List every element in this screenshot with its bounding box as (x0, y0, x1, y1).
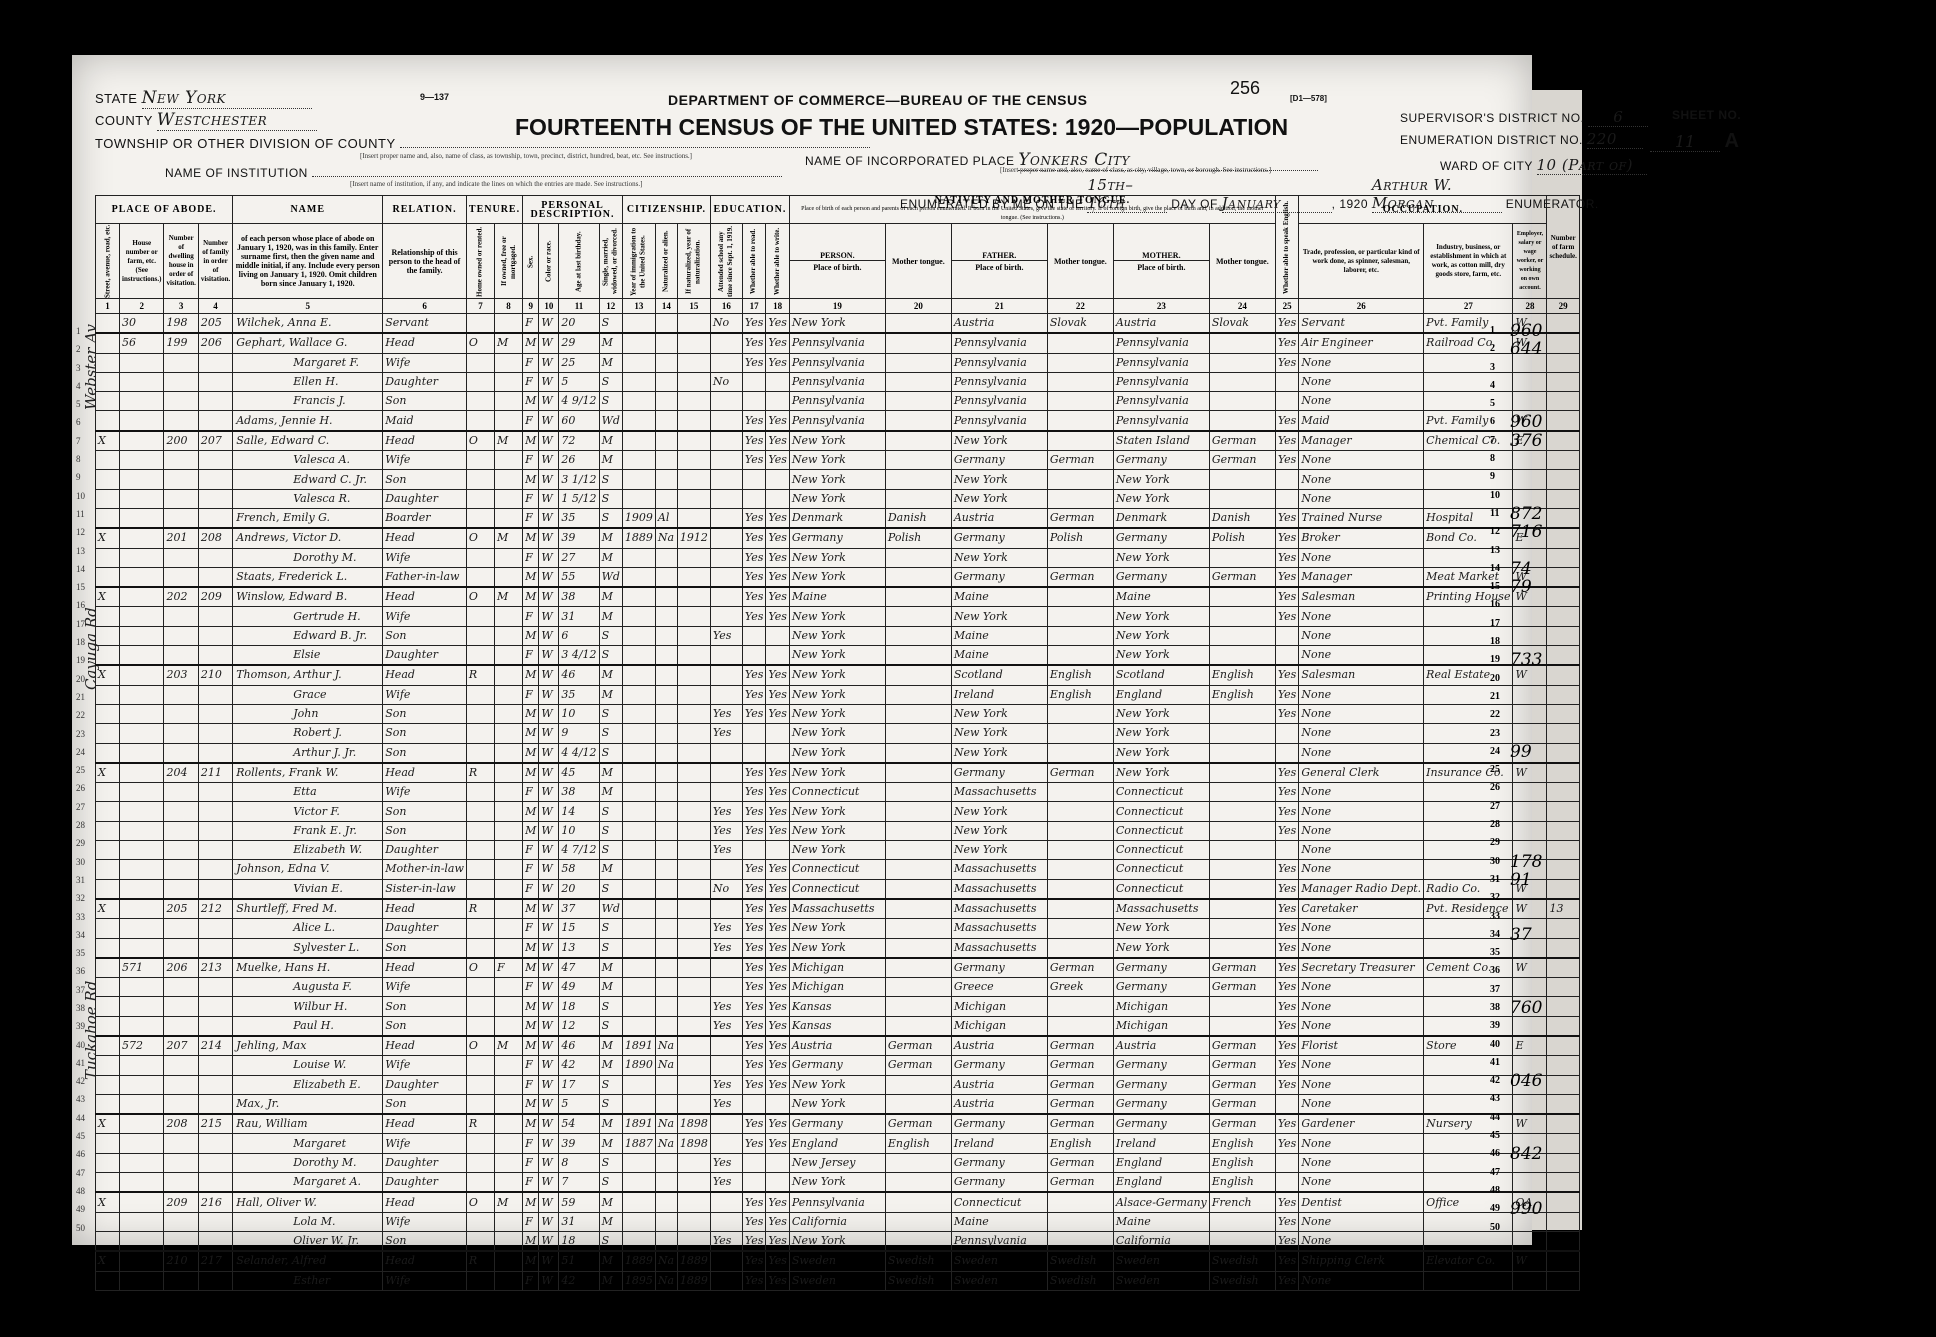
cell-trade: None (1299, 372, 1424, 391)
cell-natyr (677, 607, 710, 626)
cell-mt: Swedish (885, 1251, 951, 1271)
cell-nat (655, 841, 677, 860)
cell-house (120, 1075, 164, 1094)
cell-house (120, 938, 164, 958)
cell-mpob: New York (1113, 763, 1209, 783)
cell-home (466, 1075, 494, 1094)
cell-race: W (539, 626, 559, 645)
cell-fpob: New York (951, 802, 1047, 821)
supervisor-label: SUPERVISOR'S DISTRICT NO. (1400, 111, 1584, 125)
cell-relation: Daughter (383, 1075, 467, 1094)
cell-house (120, 1271, 164, 1290)
census-row: 571206213Muelke, Hans H.HeadOFMW47MYesYe… (96, 958, 1580, 978)
cell-immig (622, 802, 655, 821)
cell-marital: M (599, 1056, 622, 1075)
cell-race: W (539, 860, 559, 879)
cell-natyr (677, 802, 710, 821)
cell-mmt (1209, 626, 1275, 645)
line-number: 44 (76, 1109, 94, 1127)
cell-street: X (96, 587, 120, 607)
cell-dwelling (164, 1056, 198, 1075)
cell-relation: Wife (383, 1212, 467, 1231)
cell-race: W (539, 1173, 559, 1193)
cell-immig (622, 372, 655, 391)
col-14-header: Naturalized or alien. (655, 224, 677, 299)
cell-farm (1547, 997, 1579, 1016)
cell-age: 12 (559, 1016, 599, 1036)
cell-dwelling (164, 860, 198, 879)
occupation-code (1510, 1090, 1550, 1108)
line-number: 6 (76, 413, 94, 431)
cell-school (710, 1036, 742, 1056)
cell-name: Alice L. (233, 919, 383, 938)
cell-family (198, 1212, 232, 1231)
cell-name: Margaret F. (233, 353, 383, 372)
cell-name: Esther (233, 1271, 383, 1290)
cell-immig: 1895 (622, 1271, 655, 1290)
cell-marital: M (599, 1192, 622, 1212)
cell-relation: Head (383, 1192, 467, 1212)
cell-owned (495, 821, 523, 840)
cell-natyr (677, 567, 710, 587)
line-number: 45 (76, 1127, 94, 1145)
cell-immig (622, 958, 655, 978)
cell-family (198, 567, 232, 587)
census-row: Max, Jr.SonMW5SYesNew YorkAustriaGermanG… (96, 1094, 1580, 1114)
cell-home: R (466, 899, 494, 919)
cell-street (96, 314, 120, 334)
cell-farm (1547, 1056, 1579, 1075)
cell-farm (1547, 1231, 1579, 1251)
cell-mpob: California (1113, 1231, 1209, 1251)
cell-natyr (677, 431, 710, 451)
cell-trade: Salesman (1299, 587, 1424, 607)
cell-age: 35 (559, 508, 599, 528)
cell-street: X (96, 1251, 120, 1271)
census-row: Elizabeth W.DaughterFW4 7/12SYesNew York… (96, 841, 1580, 860)
cell-natyr (677, 821, 710, 840)
cell-mpob: Pennsylvania (1113, 333, 1209, 353)
cell-fmt (1047, 879, 1113, 899)
cell-sex: M (523, 763, 539, 783)
occupation-code (1510, 908, 1550, 926)
cell-race: W (539, 938, 559, 958)
cell-immig (622, 1212, 655, 1231)
cell-street: X (96, 1114, 120, 1134)
col-23-header: MOTHER. Place of birth. (1113, 224, 1209, 299)
cell-fmt (1047, 1192, 1113, 1212)
cell-owned (495, 1075, 523, 1094)
cell-owned: M (495, 587, 523, 607)
cell-trade: None (1299, 685, 1424, 704)
cell-immig: 1891 (622, 1036, 655, 1056)
line-number: 1 (76, 322, 94, 340)
cell-home (466, 783, 494, 802)
cell-name: Andrews, Victor D. (233, 528, 383, 548)
group-tenure: TENURE. (466, 196, 522, 224)
cell-race: W (539, 1016, 559, 1036)
cell-name: Shurtleff, Fred M. (233, 899, 383, 919)
cell-dwelling (164, 997, 198, 1016)
cell-name: Louise W. (233, 1056, 383, 1075)
cell-immig (622, 1016, 655, 1036)
cell-relation: Head (383, 763, 467, 783)
census-row: Margaret F.WifeFW25MYesYesPennsylvaniaPe… (96, 353, 1580, 372)
census-row: EstherWifeFW42M1895Na1889YesYesSwedenSwe… (96, 1271, 1580, 1290)
cell-age: 55 (559, 567, 599, 587)
cell-write: Yes (766, 879, 789, 899)
occupation-code (1510, 542, 1550, 560)
cell-immig (622, 938, 655, 958)
cell-nat (655, 958, 677, 978)
cell-trade: None (1299, 802, 1424, 821)
cell-street (96, 1094, 120, 1114)
cell-mt (885, 548, 951, 567)
cell-immig (622, 899, 655, 919)
cell-farm (1547, 587, 1579, 607)
cell-school: Yes (710, 938, 742, 958)
cell-house: 572 (120, 1036, 164, 1056)
occupation-code (1510, 779, 1550, 797)
census-row: Edward C. Jr.SonMW3 1/12SNew YorkNew Yor… (96, 470, 1580, 489)
cell-sex: M (523, 1114, 539, 1134)
cell-write: Yes (766, 587, 789, 607)
cell-marital: M (599, 860, 622, 879)
line-number: 46 (76, 1145, 94, 1163)
cell-sex: M (523, 821, 539, 840)
cell-nat (655, 411, 677, 431)
cell-age: 31 (559, 607, 599, 626)
cell-immig (622, 431, 655, 451)
cell-write (766, 392, 789, 411)
cell-farm (1547, 431, 1579, 451)
occupation-code (1510, 706, 1550, 724)
cell-relation: Head (383, 431, 467, 451)
cell-race: W (539, 607, 559, 626)
cell-pob: Denmark (789, 508, 885, 528)
cell-mmt (1209, 1231, 1275, 1251)
cell-write: Yes (766, 802, 789, 821)
census-row: Vivian E.Sister-in-lawFW20SNoYesYesConne… (96, 879, 1580, 899)
cell-school (710, 665, 742, 685)
cell-sex: M (523, 665, 539, 685)
cell-read: Yes (742, 1251, 765, 1271)
cell-pob: Michigan (789, 978, 885, 997)
cell-home (466, 489, 494, 508)
cell-natyr: 1898 (677, 1114, 710, 1134)
cell-name: Max, Jr. (233, 1094, 383, 1114)
cell-dwelling (164, 646, 198, 666)
cell-name: Edward B. Jr. (233, 626, 383, 645)
cell-read: Yes (742, 353, 765, 372)
person-subgroup: PERSON. (790, 251, 885, 261)
cell-natyr (677, 783, 710, 802)
cell-pob: Connecticut (789, 783, 885, 802)
cell-eng: Yes (1275, 333, 1298, 353)
line-number: 10 (76, 487, 94, 505)
cell-home (466, 314, 494, 334)
cell-marital: S (599, 626, 622, 645)
cell-farm (1547, 685, 1579, 704)
cell-mpob: Denmark (1113, 508, 1209, 528)
cell-mmt: English (1209, 685, 1275, 704)
cell-owned (495, 392, 523, 411)
occupation-code: 79 (1510, 578, 1550, 596)
cell-fpob: Ireland (951, 1134, 1047, 1153)
cell-immig (622, 783, 655, 802)
cell-dwelling (164, 508, 198, 528)
cell-sex: M (523, 899, 539, 919)
cell-trade: None (1299, 1271, 1424, 1290)
cell-dwelling (164, 802, 198, 821)
census-row: Lola M.WifeFW31MYesYesCaliforniaMaineMai… (96, 1212, 1580, 1231)
cell-eng: Yes (1275, 1271, 1298, 1290)
cell-home (466, 1134, 494, 1153)
cell-school: Yes (710, 997, 742, 1016)
cell-sex: M (523, 724, 539, 743)
line-number: 13 (76, 542, 94, 560)
occupation-code (1510, 798, 1550, 816)
cell-school: Yes (710, 1075, 742, 1094)
cell-relation: Son (383, 997, 467, 1016)
cell-family (198, 802, 232, 821)
cell-mmt: German (1209, 1075, 1275, 1094)
cell-dwelling (164, 1094, 198, 1114)
cell-pob: New York (789, 743, 885, 763)
cell-sex: M (523, 1036, 539, 1056)
cell-immig (622, 1173, 655, 1193)
cell-write: Yes (766, 1271, 789, 1290)
cell-farm (1547, 1016, 1579, 1036)
cell-age: 26 (559, 451, 599, 470)
agency-title: DEPARTMENT OF COMMERCE—BUREAU OF THE CEN… (668, 92, 1087, 108)
cell-owned (495, 470, 523, 489)
cell-sex: F (523, 1173, 539, 1193)
cell-home (466, 938, 494, 958)
cell-age: 13 (559, 938, 599, 958)
cell-mmt: French (1209, 1192, 1275, 1212)
cell-mt (885, 451, 951, 470)
township-hint: [Insert proper name and, also, name of c… (360, 152, 692, 160)
cell-mt (885, 1075, 951, 1094)
cell-farm (1547, 665, 1579, 685)
cell-nat (655, 587, 677, 607)
cell-write: Yes (766, 1056, 789, 1075)
cell-eng: Yes (1275, 879, 1298, 899)
cell-nat (655, 997, 677, 1016)
cell-race: W (539, 567, 559, 587)
cell-age: 18 (559, 1231, 599, 1251)
cell-natyr (677, 743, 710, 763)
cell-name: Valesca A. (233, 451, 383, 470)
cell-immig (622, 997, 655, 1016)
cell-school (710, 860, 742, 879)
cell-street (96, 646, 120, 666)
occupation-code (1510, 450, 1550, 468)
cell-dwelling: 199 (164, 333, 198, 353)
cell-race: W (539, 899, 559, 919)
cell-mt (885, 879, 951, 899)
cell-farm (1547, 567, 1579, 587)
cell-pob: New York (789, 470, 885, 489)
form-code: [D1—578] (1290, 94, 1327, 103)
cell-read: Yes (742, 958, 765, 978)
cell-age: 58 (559, 860, 599, 879)
line-number: 7 (76, 432, 94, 450)
cell-fmt: German (1047, 1153, 1113, 1172)
cell-home: O (466, 587, 494, 607)
cell-school (710, 1212, 742, 1231)
occupation-code (1510, 487, 1550, 505)
cell-fpob: Sweden (951, 1271, 1047, 1290)
cell-home (466, 470, 494, 489)
cell-fmt: English (1047, 685, 1113, 704)
cell-mpob: Germany (1113, 528, 1209, 548)
cell-mmt (1209, 353, 1275, 372)
cell-trade: Shipping Clerk (1299, 1251, 1424, 1271)
cell-sex: M (523, 470, 539, 489)
cell-house (120, 783, 164, 802)
cell-street (96, 1056, 120, 1075)
column-number: 20 (885, 299, 951, 314)
cell-marital: M (599, 763, 622, 783)
cell-race: W (539, 704, 559, 723)
cell-relation: Servant (383, 314, 467, 334)
cell-home (466, 685, 494, 704)
cell-home (466, 508, 494, 528)
cell-school (710, 451, 742, 470)
group-relation: RELATION. (383, 196, 467, 224)
cell-age: 72 (559, 431, 599, 451)
cell-pob: New York (789, 821, 885, 840)
cell-dwelling (164, 1016, 198, 1036)
cell-trade: None (1299, 978, 1424, 997)
line-number: 43 (76, 1090, 94, 1108)
cell-race: W (539, 997, 559, 1016)
form-title: FOURTEENTH CENSUS OF THE UNITED STATES: … (515, 114, 1288, 141)
cell-marital: M (599, 1036, 622, 1056)
cell-school (710, 1134, 742, 1153)
cell-family (198, 879, 232, 899)
cell-name: Paul H. (233, 1016, 383, 1036)
column-number: 28 (1513, 299, 1547, 314)
cell-dwelling: 210 (164, 1251, 198, 1271)
cell-dwelling (164, 938, 198, 958)
cell-home (466, 626, 494, 645)
census-row: X203210Thomson, Arthur J.HeadRMW46MYesYe… (96, 665, 1580, 685)
cell-sex: M (523, 997, 539, 1016)
cell-immig (622, 821, 655, 840)
cell-relation: Son (383, 802, 467, 821)
ward-label: WARD OF CITY (1440, 159, 1533, 173)
cell-marital: M (599, 1114, 622, 1134)
line-number: 50 (76, 1219, 94, 1237)
cell-sex: M (523, 1094, 539, 1114)
cell-mt (885, 431, 951, 451)
cell-school: Yes (710, 1153, 742, 1172)
col-28-header: Employer, salary or wage worker, or work… (1513, 224, 1547, 299)
cell-marital: M (599, 431, 622, 451)
cell-nat (655, 743, 677, 763)
cell-relation: Maid (383, 411, 467, 431)
cell-trade: None (1299, 1173, 1424, 1193)
cell-street (96, 411, 120, 431)
line-number: 31 (76, 871, 94, 889)
cell-school (710, 528, 742, 548)
cell-mpob: England (1113, 685, 1209, 704)
cell-read: Yes (742, 451, 765, 470)
cell-fmt (1047, 587, 1113, 607)
cell-trade: None (1299, 821, 1424, 840)
col-26-header: Trade, profession, or particular kind of… (1299, 224, 1424, 299)
cell-name: Ellen H. (233, 372, 383, 391)
cell-write: Yes (766, 1212, 789, 1231)
cell-home: O (466, 1036, 494, 1056)
col-1-header: Street, avenue, road, etc. (96, 224, 120, 299)
cell-mpob: Connecticut (1113, 841, 1209, 860)
cell-school (710, 333, 742, 353)
cell-trade: Dentist (1299, 1192, 1424, 1212)
cell-immig (622, 919, 655, 938)
cell-marital: M (599, 665, 622, 685)
cell-age: 20 (559, 314, 599, 334)
cell-age: 29 (559, 333, 599, 353)
cell-marital: M (599, 333, 622, 353)
cell-dwelling: 200 (164, 431, 198, 451)
cell-street (96, 1212, 120, 1231)
cell-home (466, 1056, 494, 1075)
cell-relation: Son (383, 704, 467, 723)
cell-street (96, 333, 120, 353)
occupation-code (1510, 688, 1550, 706)
cell-natyr (677, 860, 710, 879)
occupation-code: 990 (1510, 1200, 1550, 1218)
cell-street (96, 626, 120, 645)
cell-dwelling: 207 (164, 1036, 198, 1056)
cell-street: X (96, 1192, 120, 1212)
cell-age: 10 (559, 821, 599, 840)
cell-mt (885, 783, 951, 802)
cell-immig (622, 411, 655, 431)
cell-owned (495, 743, 523, 763)
cell-trade: Air Engineer (1299, 333, 1424, 353)
cell-marital: M (599, 1251, 622, 1271)
cell-farm (1547, 470, 1579, 489)
cell-nat (655, 626, 677, 645)
cell-home: O (466, 431, 494, 451)
cell-pob: Michigan (789, 958, 885, 978)
cell-mpob: England (1113, 1153, 1209, 1172)
cell-mmt: English (1209, 1134, 1275, 1153)
cell-fmt (1047, 392, 1113, 411)
cell-owned: M (495, 333, 523, 353)
cell-family: 209 (198, 587, 232, 607)
cell-write (766, 1153, 789, 1172)
cell-trade: None (1299, 646, 1424, 666)
cell-mmt: Polish (1209, 528, 1275, 548)
cell-fpob: Sweden (951, 1251, 1047, 1271)
supervisor-value: 6 (1588, 108, 1648, 127)
cell-race: W (539, 489, 559, 508)
cell-street: X (96, 899, 120, 919)
cell-home (466, 567, 494, 587)
cell-street (96, 1016, 120, 1036)
cell-mpob: Connecticut (1113, 860, 1209, 879)
cell-name: Francis J. (233, 392, 383, 411)
cell-read: Yes (742, 1271, 765, 1290)
cell-write: Yes (766, 451, 789, 470)
cell-relation: Son (383, 1094, 467, 1114)
